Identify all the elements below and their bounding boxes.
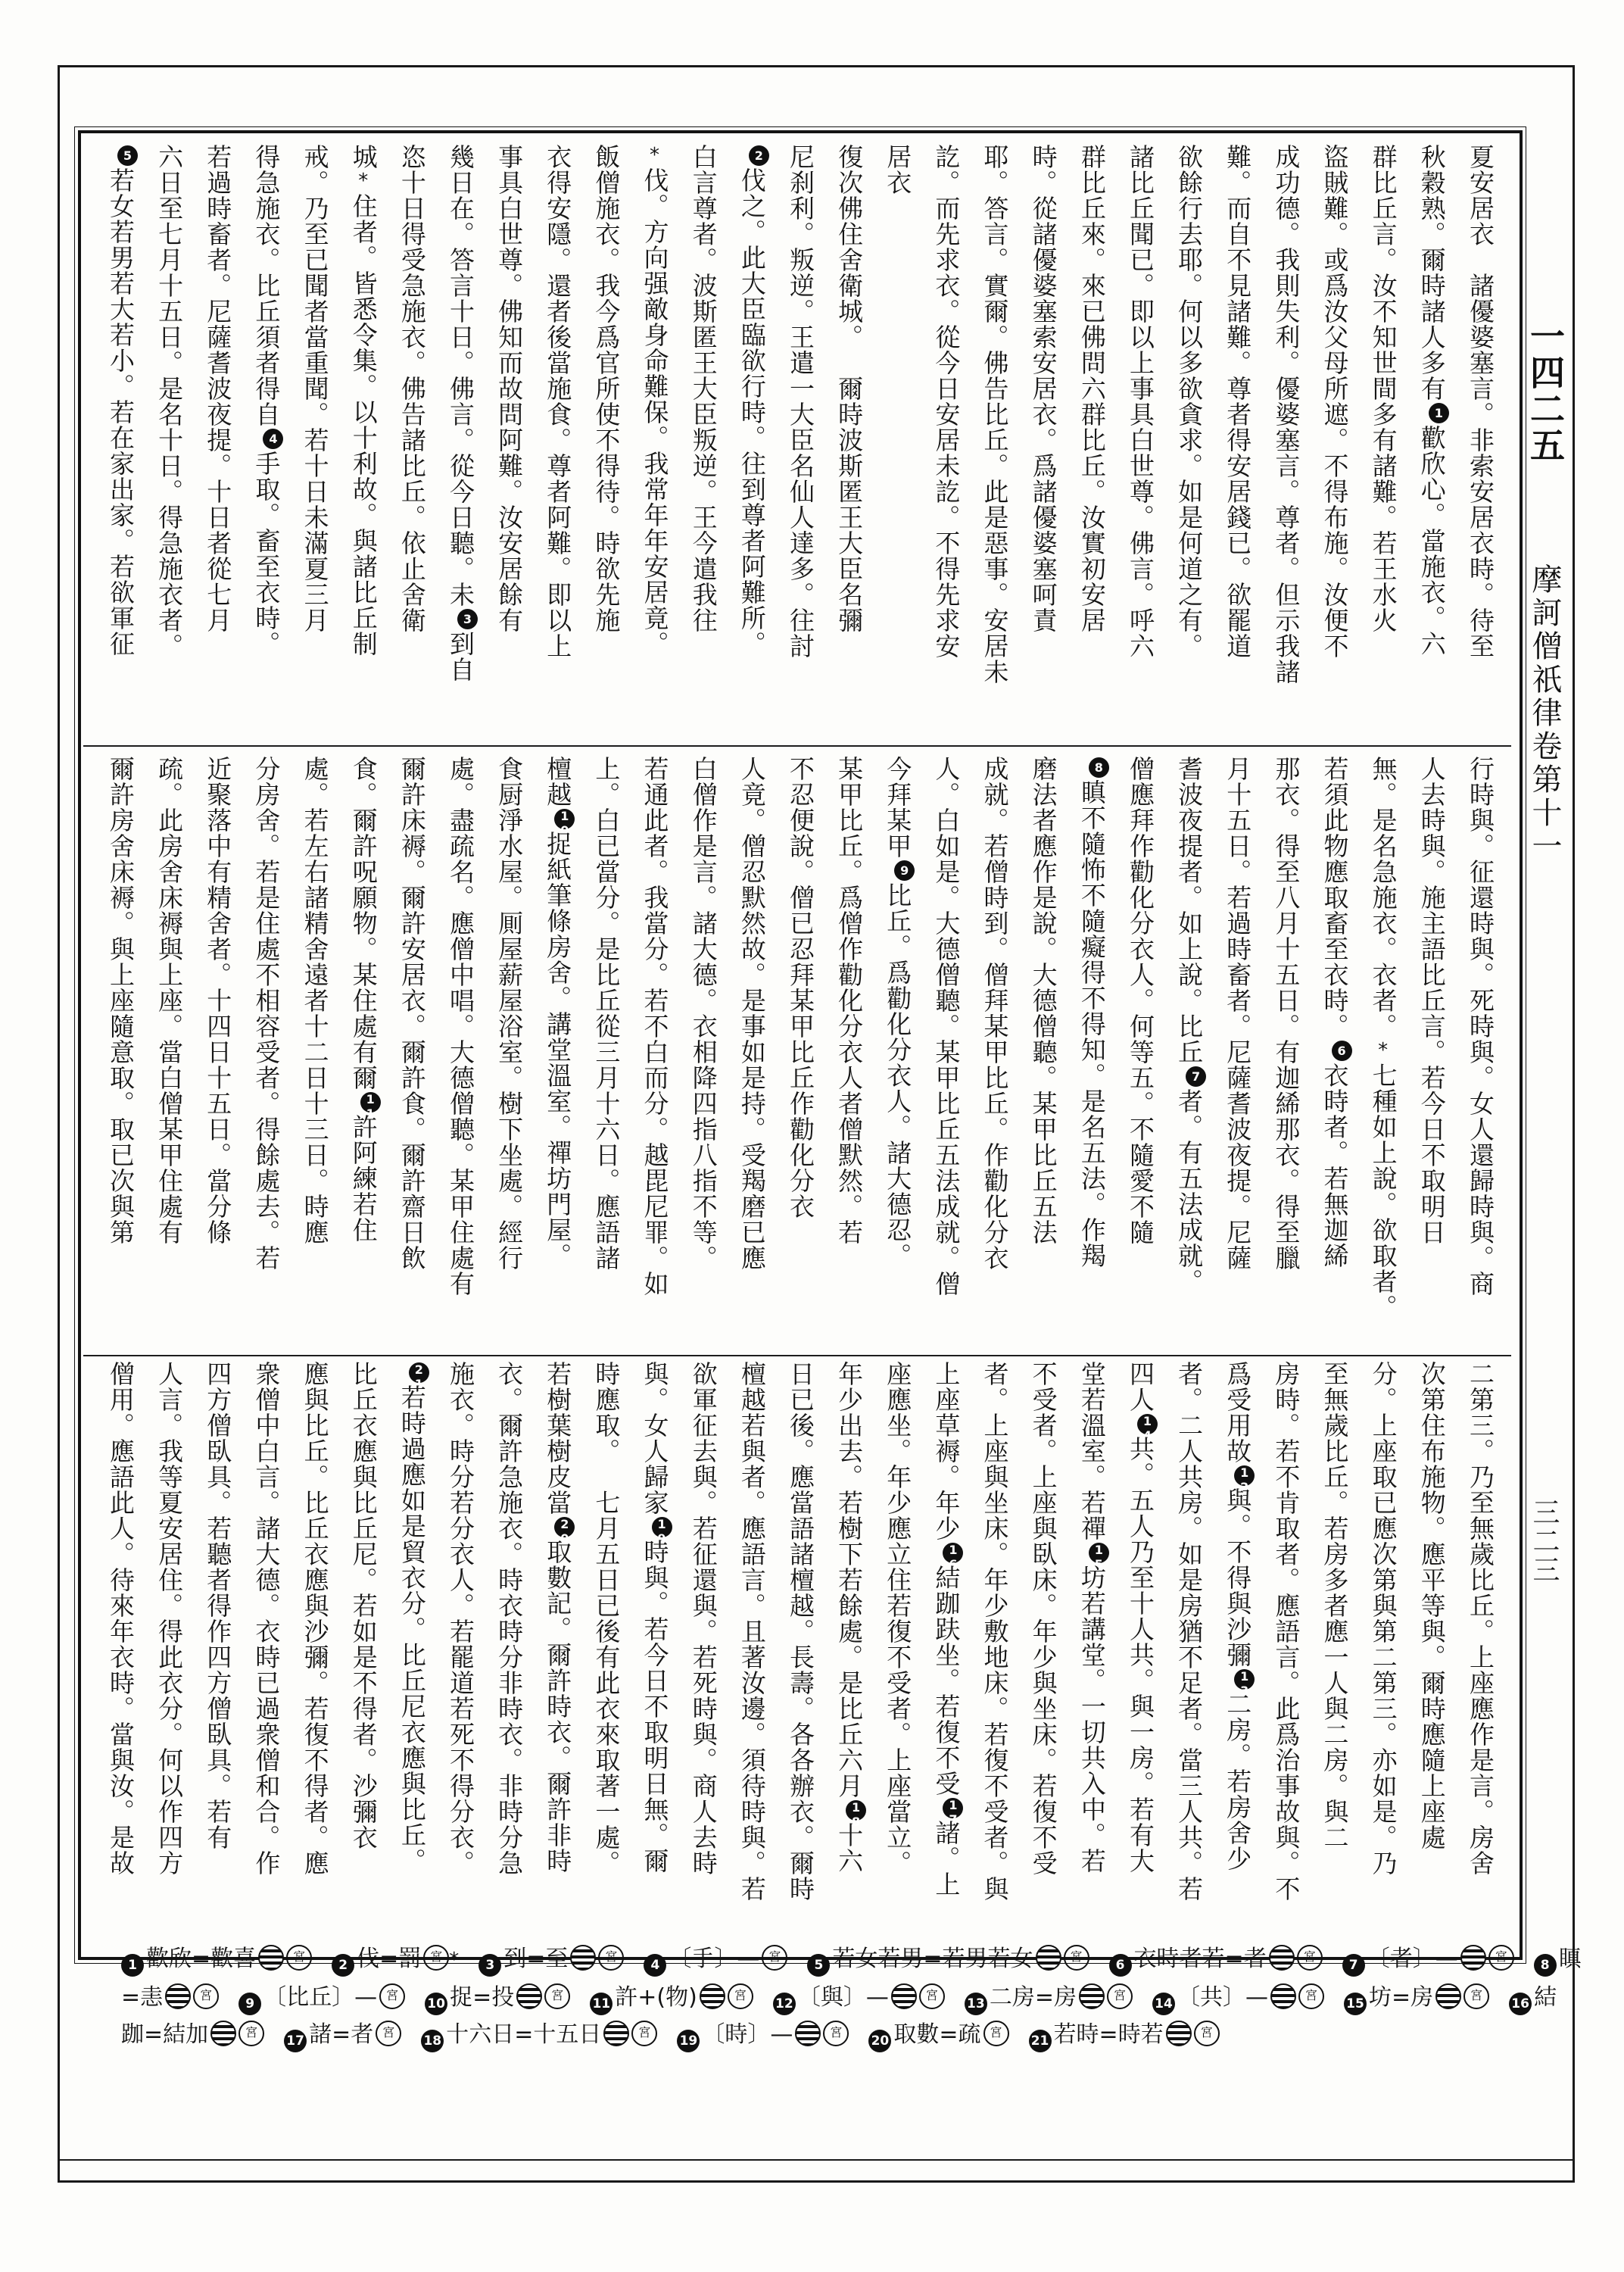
witness-three-icon bbox=[1079, 1983, 1105, 2009]
footnote-entry: 18十六日=十五日宮 bbox=[421, 2021, 657, 2048]
note-marker: 20 bbox=[554, 1517, 575, 1537]
text-column: 難。而自不見諸難。尊者得安居錢已。欲罷道 bbox=[1214, 144, 1261, 741]
text-column: 月十五日。若過時畜者。尼薩耆波夜提。尼薩 bbox=[1214, 756, 1261, 1347]
text-column: 日已後。應當語諸檀越。長壽。各各辦衣。爾時 bbox=[777, 1361, 824, 1950]
witness-three-icon bbox=[165, 1983, 191, 2009]
witness-gong-icon: 宮 bbox=[631, 2021, 657, 2046]
text-column: 者。二人共房。如是房猶不足者。當三人共。若 bbox=[1165, 1361, 1212, 1950]
witness-gong-icon: 宮 bbox=[983, 2021, 1009, 2046]
text-column: 者。上座與坐床。年少敷地床。若復不受者。與 bbox=[971, 1361, 1018, 1950]
text-column: 白僧作是言。諸大德。衣相降四指八指不等。 bbox=[680, 756, 727, 1347]
text-column: 幾日在。答言十日。佛言。從今日聽。未3到自 bbox=[437, 144, 484, 741]
asterisk-marker: * bbox=[449, 1949, 459, 1971]
note-marker: 3 bbox=[457, 609, 478, 629]
witness-three-icon bbox=[258, 1945, 284, 1971]
text-column: 與。女人歸家19時與。若今日不取明日無。爾 bbox=[631, 1361, 678, 1950]
text-column: 次第住布施物。應平等與。爾時應隨上座處 bbox=[1408, 1361, 1455, 1950]
footnote-entry: 11許+(物)宮 bbox=[590, 1984, 753, 2011]
text-column: 二第三。乃至無歲比丘。上座應作是言。房舍 bbox=[1457, 1361, 1504, 1950]
text-column: 恣十日得受急施衣。佛告諸比丘。依止舍衛 bbox=[388, 144, 435, 741]
footnote-line: 1歡欣=歡喜宮2伐=罰宮*3到=至宮4〔手〕—宮5若女若男=若男若女宮6衣時者若… bbox=[121, 1940, 1522, 1979]
text-column: 施衣。時分若分衣人。若罷道若死不得分衣。 bbox=[437, 1361, 484, 1950]
text-column: 群比丘言。汝不知世間多有諸難。若王水火 bbox=[1360, 144, 1407, 741]
text-column: 上。白已當分。是比丘從三月十六日。應語諸 bbox=[582, 756, 629, 1347]
footnote-entry: 7〔者〕—宮 bbox=[1342, 1946, 1514, 1972]
footnote-number: 2 bbox=[332, 1954, 354, 1977]
text-column: 食。爾許呪願物。某住處有爾11許阿練若住 bbox=[340, 756, 387, 1347]
register-separator-2 bbox=[83, 1355, 1511, 1356]
footnote-number: 13 bbox=[965, 1993, 987, 2015]
footnote-number: 17 bbox=[284, 2030, 307, 2052]
witness-three-icon bbox=[570, 1945, 596, 1971]
footnote-number: 21 bbox=[1029, 2030, 1052, 2052]
text-column: 爾許房舍床褥。與上座隨意取。取已次與第 bbox=[97, 756, 144, 1347]
witness-three-icon bbox=[795, 2021, 821, 2046]
footnote-number: 7 bbox=[1342, 1954, 1365, 1977]
text-column: 處。若左右諸精舍遠者十二日十三日。時應 bbox=[291, 756, 338, 1347]
text-column: 人竟。僧忍默然故。是事如是持。受羯磨已應 bbox=[728, 756, 775, 1347]
text-column: 食厨淨水屋。厠屋薪屋浴室。樹下坐處。經行 bbox=[485, 756, 532, 1347]
footnote-number: 10 bbox=[425, 1993, 447, 2015]
witness-three-icon bbox=[603, 2021, 629, 2046]
witness-gong-icon: 宮 bbox=[238, 2021, 264, 2046]
text-column: 尼刹利。叛逆。王遣一大臣名仙人達多。往討 bbox=[777, 144, 824, 741]
note-marker: 8 bbox=[1089, 757, 1109, 778]
text-column: 2伐之。此大臣臨欲行時。往到尊者阿難所。 bbox=[728, 144, 775, 741]
witness-gong-icon: 宮 bbox=[1488, 1945, 1514, 1971]
witness-gong-icon: 宮 bbox=[728, 1983, 753, 2009]
text-column: 僧應拜作勸化分衣人。何等五。不隨愛不隨 bbox=[1117, 756, 1164, 1347]
footnote-number: 3 bbox=[478, 1954, 501, 1977]
footnote-number: 5 bbox=[807, 1954, 830, 1977]
text-column: 飯僧施衣。我今爲官所使不得待。時欲先施 bbox=[582, 144, 629, 741]
note-marker: 7 bbox=[1186, 1066, 1206, 1087]
witness-gong-icon: 宮 bbox=[823, 2021, 849, 2046]
witness-three-icon bbox=[1435, 1983, 1461, 2009]
register-1: 夏安居衣諸優婆塞言。非索安居衣時。待至秋穀熟。爾時諸人多有1歡欣心。當施衣。六群… bbox=[97, 144, 1504, 741]
register-3: 二第三。乃至無歲比丘。上座應作是言。房舍次第住布施物。應平等與。爾時應隨上座處分… bbox=[97, 1361, 1504, 1950]
footnote-line: =恚宮9〔比丘〕—宮10捉=投宮11許+(物)宮12〔與〕—宮13二房=房宮14… bbox=[121, 1979, 1522, 2016]
text-column: 21若時過應如是貿衣分。比丘尼衣應與比丘。 bbox=[388, 1361, 435, 1950]
text-column: 欲餘行去耶。何以多欲貪求。如是何道之有。 bbox=[1165, 144, 1212, 741]
text-column: 城*住者。皆悉令集。以十利故。與諸比丘制 bbox=[340, 144, 387, 741]
witness-gong-icon: 宮 bbox=[1064, 1945, 1089, 1971]
text-column: 戒。乃至已聞者當重聞。若十日未滿夏三月 bbox=[291, 144, 338, 741]
footnote-number: 8 bbox=[1534, 1954, 1557, 1977]
footnote-number: 9 bbox=[238, 1993, 261, 2015]
text-column: 六日至七月十五日。是名十日。得急施衣者。 bbox=[145, 144, 192, 741]
footnote-number: 11 bbox=[590, 1993, 613, 2015]
text-column: 僧用。應語此人。待來年衣時。當與汝。是故 bbox=[97, 1361, 144, 1950]
footnote-entry: 5若女若男=若男若女宮 bbox=[807, 1946, 1089, 1972]
text-column: 行時與。征還時與。死時與。女人還歸時與。商 bbox=[1457, 756, 1504, 1347]
witness-gong-icon: 宮 bbox=[286, 1945, 312, 1971]
note-marker: 12 bbox=[1234, 1465, 1255, 1486]
footnote-entry: 12〔與〕—宮 bbox=[773, 1984, 945, 2011]
text-column: 至無歲比丘。若房多者應一人與二房。與二 bbox=[1311, 1361, 1358, 1950]
text-column: 衆僧中白言。諸大德。衣時已過衆僧和合。作 bbox=[242, 1361, 289, 1950]
text-column: 今拜某甲9比丘。爲勸化分衣人。諸大德忍。 bbox=[874, 756, 921, 1347]
witness-gong-icon: 宮 bbox=[919, 1983, 945, 2009]
footnote-entry: 1歡欣=歡喜宮 bbox=[121, 1946, 312, 1972]
text-column: 夏安居衣諸優婆塞言。非索安居衣時。待至 bbox=[1457, 144, 1504, 741]
witness-gong-icon: 宮 bbox=[1298, 1983, 1324, 2009]
text-column: 耆波夜提者。如上說。比丘7者。有五法成就。 bbox=[1165, 756, 1212, 1347]
scripture-title: 摩訶僧祇律卷第十一 bbox=[1523, 563, 1566, 863]
witness-gong-icon: 宮 bbox=[544, 1983, 570, 2009]
paragraph-gap bbox=[1479, 247, 1481, 273]
paragraph-gap bbox=[848, 350, 849, 376]
witness-gong-icon: 宮 bbox=[598, 1945, 624, 1971]
note-marker: 9 bbox=[894, 860, 915, 881]
text-column: 居衣 bbox=[874, 144, 921, 741]
text-column: 得急施衣。比丘須者得自4手取。畜至衣時。 bbox=[242, 144, 289, 741]
text-column: 白言尊者。波斯匿王大臣叛逆。王今遣我往 bbox=[680, 144, 727, 741]
witness-gong-icon: 宮 bbox=[423, 1945, 449, 1971]
note-marker: 16 bbox=[943, 1543, 963, 1563]
note-marker: 19 bbox=[652, 1517, 672, 1537]
text-column: 近聚落中有精舍者。十四日十五日。當分條 bbox=[194, 756, 241, 1347]
text-column: 若須此物應取畜至衣時。6衣時者。若無迦絺 bbox=[1311, 756, 1358, 1347]
witness-three-icon bbox=[1270, 1983, 1296, 2009]
note-marker: 6 bbox=[1332, 1041, 1352, 1061]
text-column: 人。白如是。大德僧聽。某甲比丘五法成就。僧 bbox=[922, 756, 969, 1347]
witness-three-icon bbox=[1269, 1945, 1295, 1971]
witness-gong-icon: 宮 bbox=[1107, 1983, 1133, 2009]
witness-gong-icon: 宮 bbox=[376, 2021, 401, 2046]
text-column: 8瞋不隨怖不隨癡得不得知。是名五法。作羯 bbox=[1068, 756, 1115, 1347]
footnote-number: 4 bbox=[644, 1954, 666, 1977]
text-column: 事具白世尊。佛知而故問阿難。汝安居餘有 bbox=[485, 144, 532, 741]
footnote-number: 20 bbox=[868, 2030, 891, 2052]
text-column: *伐。方向强敵身命難保。我常年年安居竟。 bbox=[631, 144, 678, 741]
text-column: 耶。答言。實爾。佛告比丘。此是惡事。安居未 bbox=[971, 144, 1018, 741]
footnote-entry: 4〔手〕—宮 bbox=[644, 1946, 787, 1972]
footnote-entry: 19〔時〕—宮 bbox=[677, 2021, 849, 2048]
witness-gong-icon: 宮 bbox=[762, 1945, 787, 1971]
text-column: 時應取。七月五日已後有此衣來取著一處。 bbox=[582, 1361, 629, 1950]
text-column: 處。盡疏名。應僧中唱。大德僧聽。某甲住處有 bbox=[437, 756, 484, 1347]
text-column: 四方僧臥具。若聽者得作四方僧臥具。若有 bbox=[194, 1361, 241, 1950]
text-column: 四人14共。五人乃至十人共。與一房。若有大 bbox=[1117, 1361, 1164, 1950]
note-marker: 21 bbox=[409, 1362, 429, 1383]
footnote-entry: 8瞋 bbox=[1534, 1946, 1582, 1972]
witness-gong-icon: 宮 bbox=[193, 1983, 219, 2009]
text-column: 人言。我等夏安居住。得此衣分。何以作四方 bbox=[145, 1361, 192, 1950]
footnote-number: 1 bbox=[121, 1954, 144, 1977]
text-column: 磨法者應作是說。大德僧聽。某甲比丘五法 bbox=[1020, 756, 1067, 1347]
footnote-entry: 21若時=時若宮 bbox=[1029, 2021, 1220, 2048]
note-marker: 11 bbox=[360, 1092, 381, 1113]
text-column: 盜賊難。或爲汝父母所遮。不得布施。汝便不 bbox=[1311, 144, 1358, 741]
text-column: 不受者。上座與臥床。年少與坐床。若復不受 bbox=[1020, 1361, 1067, 1950]
page-bottom-rule bbox=[58, 2159, 1573, 2161]
footnote-entry: 15坊=房宮 bbox=[1344, 1984, 1489, 2011]
text-column: 5若女若男若大若小。若在家出家。若欲軍征 bbox=[97, 144, 144, 741]
footnote-number: 16 bbox=[1509, 1993, 1532, 2015]
witness-three-icon bbox=[891, 1983, 917, 2009]
witness-gong-icon: 宮 bbox=[1297, 1945, 1323, 1971]
note-marker: 5 bbox=[117, 145, 138, 166]
footnote-entry: =恚宮 bbox=[121, 1984, 219, 2011]
text-column: 無。是名急施衣。衣者。*七種如上說。欲取者。 bbox=[1360, 756, 1407, 1347]
text-column: 爲受用故12與。不得與沙彌13二房。若房舍少 bbox=[1214, 1361, 1261, 1950]
note-marker: 2 bbox=[749, 145, 769, 166]
footnote-entry: 10捉=投宮 bbox=[425, 1984, 570, 2011]
text-column: 成就。若僧時到。僧拜某甲比丘。作勸化分衣 bbox=[971, 756, 1018, 1347]
register-2: 行時與。征還時與。死時與。女人還歸時與。商人去時與。施主語比丘言。若今日不取明日… bbox=[97, 756, 1504, 1347]
text-column: 群比丘來。來已佛問六群比丘。汝實初安居 bbox=[1068, 144, 1115, 741]
text-column: 年少出去。若樹下若餘處。是比丘六月18十六 bbox=[825, 1361, 872, 1950]
text-column: 檀越若與者。應語言。且著汝邊。須待時與。若 bbox=[728, 1361, 775, 1950]
text-column: 應與比丘。比丘衣應與沙彌。若復不得者。應 bbox=[291, 1361, 338, 1950]
paragraph-gap bbox=[605, 1464, 606, 1490]
footnote-entry: 2伐=罰宮* bbox=[332, 1946, 459, 1972]
witness-gong-icon: 宮 bbox=[1194, 2021, 1220, 2046]
scanned-canon-page: 一四二五 摩訶僧祇律卷第十一 三二三 夏安居衣諸優婆塞言。非索安居衣時。待至秋穀… bbox=[0, 0, 1624, 2272]
footnote-entry: 跏=結加宮 bbox=[121, 2021, 264, 2048]
footnote-number: 18 bbox=[421, 2030, 444, 2052]
note-marker: 13 bbox=[1234, 1669, 1255, 1690]
note-marker: 1 bbox=[1429, 403, 1449, 423]
text-column: 成功德。我則失利。優婆塞言。尊者。但示我諸 bbox=[1262, 144, 1309, 741]
text-column: 時。從諸優婆塞索安居衣。爲諸優婆塞呵責 bbox=[1020, 144, 1067, 741]
witness-gong-icon: 宮 bbox=[1463, 1983, 1489, 2009]
note-marker: 17 bbox=[943, 1798, 963, 1818]
text-column: 檀越10捉紙筆條房舍。講堂溫室。禪坊門屋。 bbox=[534, 756, 581, 1347]
asterisk-marker: * bbox=[644, 144, 666, 167]
footnote-entry: 13二房=房宮 bbox=[965, 1984, 1133, 2011]
asterisk-marker: * bbox=[1372, 1039, 1395, 1063]
note-marker: 10 bbox=[554, 809, 575, 829]
text-column: 若樹葉樹皮當20取數記。爾許時衣。爾許非時 bbox=[534, 1361, 581, 1950]
text-column: 分房舍。若是住處不相容受者。得餘處去。若 bbox=[242, 756, 289, 1347]
footnote-entry: 9〔比丘〕—宮 bbox=[238, 1984, 405, 2011]
footnote-entry: 14〔共〕—宮 bbox=[1152, 1984, 1324, 2011]
folio-number: 三二三 bbox=[1525, 1498, 1563, 1584]
text-column: 比丘衣應與比丘尼。若如是不得者。沙彌衣 bbox=[340, 1361, 387, 1950]
text-column: 堂若溫室。若禪15坊若講堂。一切共入中。若 bbox=[1068, 1361, 1115, 1950]
witness-three-icon bbox=[1166, 2021, 1192, 2046]
text-column: 衣。爾許急施衣。時衣時分非時衣。非時分急 bbox=[485, 1361, 532, 1950]
witness-three-icon bbox=[516, 1983, 542, 2009]
footnote-entry: 17諸=者宮 bbox=[284, 2021, 401, 2048]
note-marker: 14 bbox=[1137, 1414, 1158, 1434]
text-column: 復次佛住舍衛城。爾時波斯匿王大臣名彌 bbox=[825, 144, 872, 741]
witness-three-icon bbox=[210, 2021, 236, 2046]
text-column: 人去時與。施主語比丘言。若今日不取明日 bbox=[1408, 756, 1455, 1347]
footnote-number: 6 bbox=[1109, 1954, 1132, 1977]
asterisk-marker: * bbox=[352, 170, 375, 193]
footnote-entry: 20取數=疏宮 bbox=[868, 2021, 1008, 2048]
register-separator-1 bbox=[83, 745, 1511, 747]
text-column: 上座草褥。年少16結跏趺坐。若復不受17諸。上 bbox=[922, 1361, 969, 1950]
text-column: 分。上座取已應次第與第二第三。亦如是。乃 bbox=[1360, 1361, 1407, 1950]
text-column: 若過時畜者。尼薩耆波夜提。十日者從七月 bbox=[194, 144, 241, 741]
text-column: 秋穀熟。爾時諸人多有1歡欣心。當施衣。六 bbox=[1408, 144, 1455, 741]
note-marker: 15 bbox=[1089, 1543, 1109, 1563]
text-column: 座應坐。年少應立住若復不受者。上座當立。 bbox=[874, 1361, 921, 1950]
footnote-number: 19 bbox=[677, 2030, 700, 2052]
text-column: 不忍便說。僧已忍拜某甲比丘作勸化分衣 bbox=[777, 756, 824, 1347]
footnote-entry: 6衣時者若=者宮 bbox=[1109, 1946, 1323, 1972]
footnote-entry: 3到=至宮 bbox=[478, 1946, 624, 1972]
text-column: 欲軍征去與。若征還與。若死時與。商人去時 bbox=[680, 1361, 727, 1950]
note-marker: 18 bbox=[846, 1800, 866, 1821]
footnote-number: 14 bbox=[1152, 1993, 1175, 2015]
text-column: 衣得安隱。還者後當施食。尊者阿難。即以上 bbox=[534, 144, 581, 741]
collation-footnotes: 1歡欣=歡喜宮2伐=罰宮*3到=至宮4〔手〕—宮5若女若男=若男若女宮6衣時者若… bbox=[121, 1940, 1522, 2053]
footnote-line: 跏=結加宮17諸=者宮18十六日=十五日宮19〔時〕—宮20取數=疏宮21若時=… bbox=[121, 2016, 1522, 2053]
footnote-entry: 16結 bbox=[1509, 1984, 1557, 2011]
text-column: 訖。而先求衣。從今日安居未訖。不得先求安 bbox=[922, 144, 969, 741]
note-marker: 4 bbox=[263, 429, 283, 449]
witness-gong-icon: 宮 bbox=[379, 1983, 405, 2009]
text-column: 疏。此房舍床褥與上座。當白僧某甲住處有 bbox=[145, 756, 192, 1347]
text-column: 若通此者。我當分。若不白而分。越毘尼罪。如 bbox=[631, 756, 678, 1347]
text-column: 諸比丘聞已。即以上事具白世尊。佛言。呼六 bbox=[1117, 144, 1164, 741]
text-column: 某甲比丘。爲僧作勸化分衣人者僧默然。若 bbox=[825, 756, 872, 1347]
witness-three-icon bbox=[1460, 1945, 1486, 1971]
text-column: 爾許床褥。爾許安居衣。爾許食。爾許齋日飲 bbox=[388, 756, 435, 1347]
text-number: 一四二五 bbox=[1520, 318, 1570, 463]
footnote-number: 15 bbox=[1344, 1993, 1367, 2015]
text-column: 那衣。得至八月十五日。有迦絺那衣。得至臘 bbox=[1262, 756, 1309, 1347]
footnote-number: 12 bbox=[773, 1993, 796, 2015]
witness-three-icon bbox=[1036, 1945, 1061, 1971]
witness-three-icon bbox=[700, 1983, 725, 2009]
text-column: 房時。若不肯取者。應語言。此爲治事故與。不 bbox=[1262, 1361, 1309, 1950]
